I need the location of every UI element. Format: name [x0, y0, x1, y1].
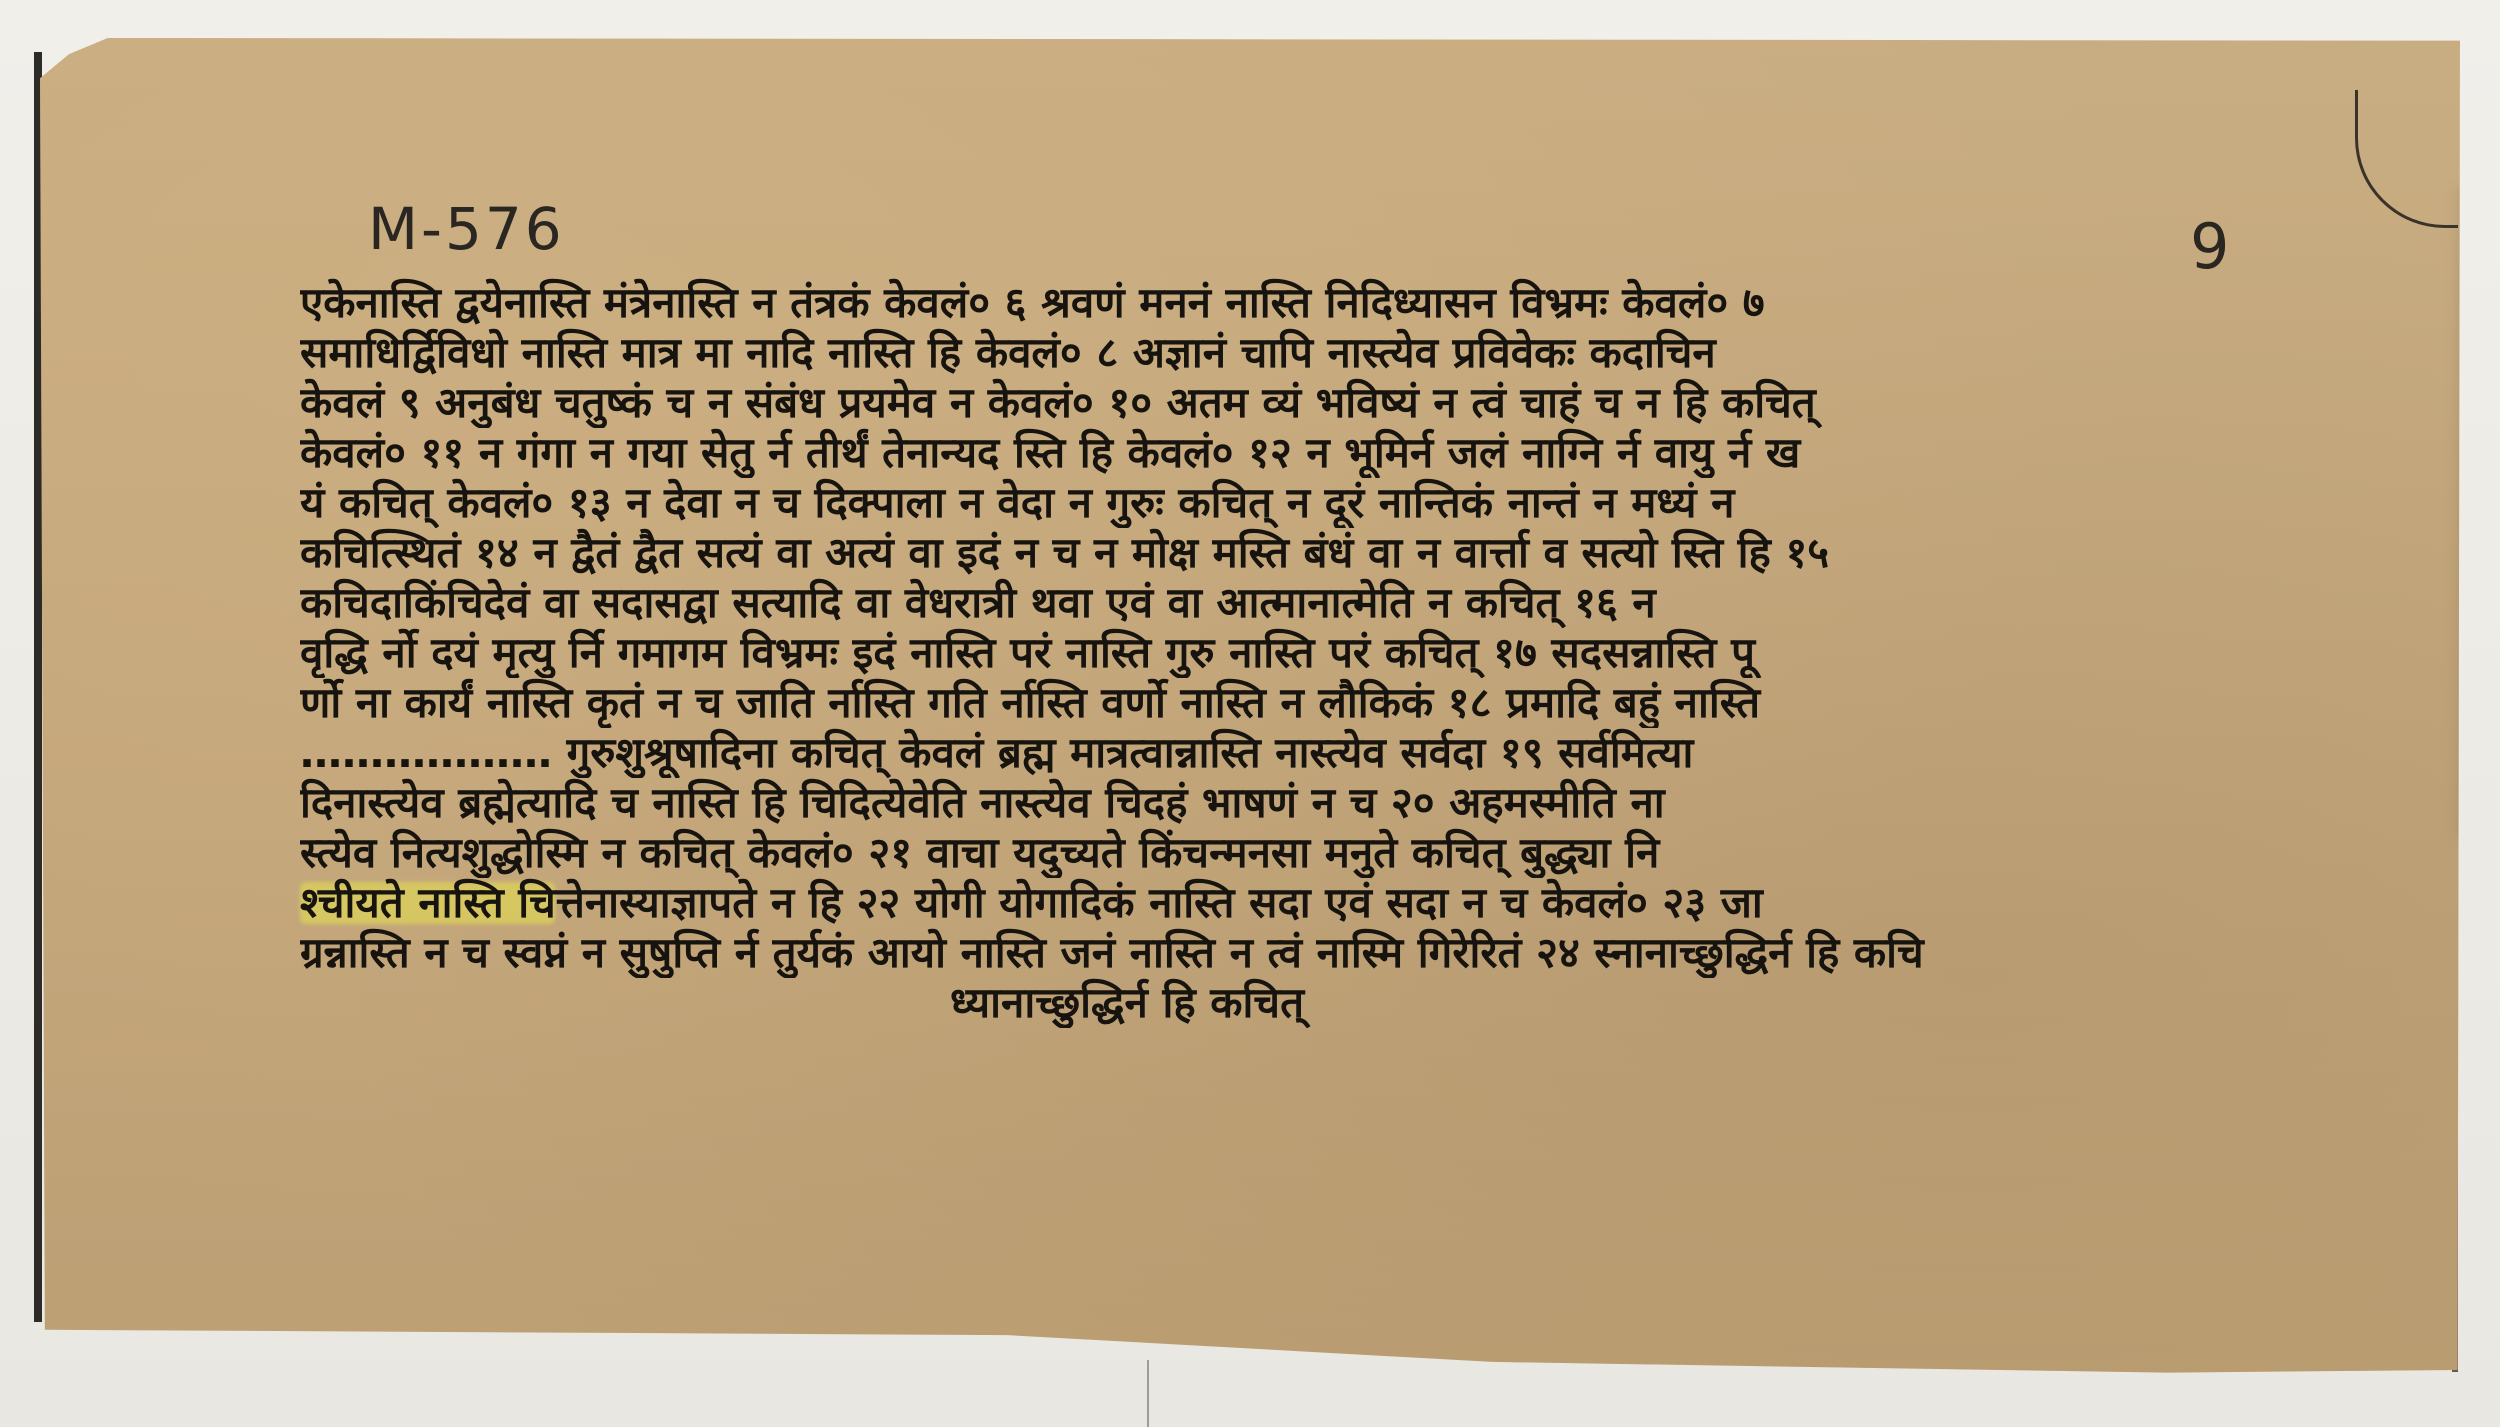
text-line-4: केवलं० ११ न गंगा न गया सेतु र्न तीर्थं त… [300, 428, 2300, 478]
text-line-14: ग्रन्नास्ति न च स्वप्नं न सुषुप्ति र्न त… [300, 928, 2300, 978]
manuscript-text-block: एकेनास्ति द्वयेनास्ति मंत्रेनास्ति न तंत… [300, 278, 2300, 1028]
shelfmark-label: M-576 [368, 195, 565, 263]
text-line-1: एकेनास्ति द्वयेनास्ति मंत्रेनास्ति न तंत… [300, 278, 2300, 328]
mount-seam [1147, 1360, 1149, 1427]
paper-crack [2355, 90, 2458, 228]
text-line-11: दिनास्त्येव ब्रह्मेत्यादि च नास्ति हि चि… [300, 778, 2300, 828]
text-line-12: स्त्येव नित्यशुद्धोस्मि न कचित् केवलं० २… [300, 828, 2300, 878]
text-line-15-colophon: ध्यानाच्छुद्धिर्न हि कचित् [300, 978, 2300, 1028]
text-line-6: कचित्स्थितं १४ न द्वैतं द्वैत सत्यं वा अ… [300, 528, 2300, 578]
folio-number: 9 [2190, 210, 2229, 283]
text-line-10: ……………… गुरुशुश्रूषादिना कचित् केवलं ब्रह… [300, 728, 2300, 778]
text-line-8: वृद्धि र्नो दयं मृत्यु र्नि गमागम विभ्रम… [300, 628, 2300, 678]
text-line-2: समाधिर्द्विविधो नास्ति मात्र मा नादि नास… [300, 328, 2300, 378]
text-line-3: केवलं ९ अनुबंध चतुष्कं च न संबंध प्रयमेव… [300, 378, 2300, 428]
text-line-5: यं कचित् केवलं० १३ न देवा न च दिक्पाला न… [300, 478, 2300, 528]
text-line-13: श्चीयते नास्ति चित्तेनास्याज्ञापते न हि … [300, 878, 2300, 928]
text-line-7: कचिदाकिंचिदेवं वा सदासद्वा सत्यादि वा वे… [300, 578, 2300, 628]
text-line-9: र्णो ना कार्यं नास्ति कृतं न च जाति र्ना… [300, 678, 2300, 728]
